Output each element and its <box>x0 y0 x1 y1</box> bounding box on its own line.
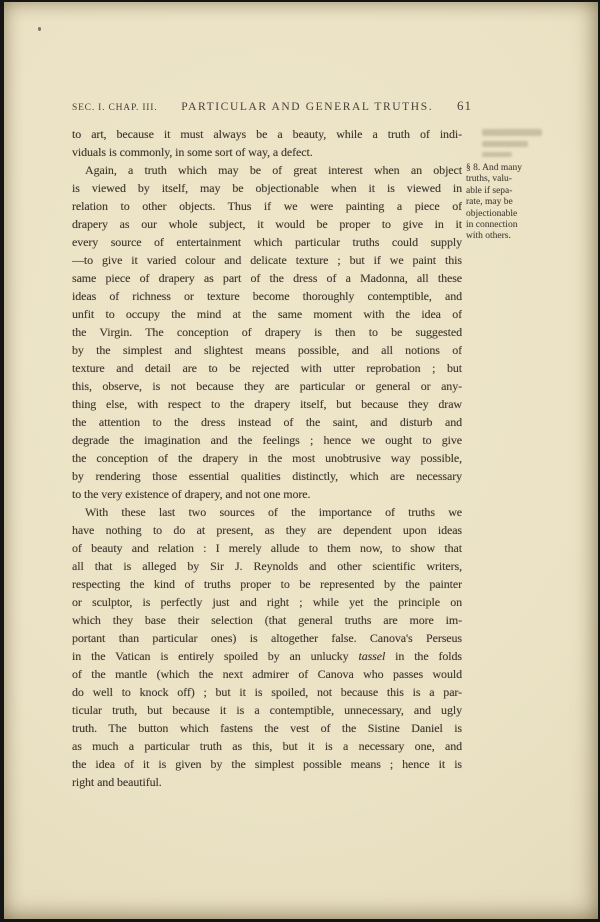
text-line: the idea of it is given by the simplest … <box>72 755 462 773</box>
text-line: texture and detail are to be rejected wi… <box>72 359 462 377</box>
text-line: degrade the imagination and the feelings… <box>72 431 462 449</box>
text-line: as much a particular truth as this, but … <box>72 737 462 755</box>
text-line: by rendering those essential qualities d… <box>72 467 462 485</box>
text-line: the attention to the dress instead of th… <box>72 413 462 431</box>
header-page-number: 61 <box>457 98 472 114</box>
text-line: thing else, with respect to the drapery … <box>72 395 462 413</box>
text-line: the conception of the drapery in the mos… <box>72 449 462 467</box>
text-line: ticular truth, but because it is a conte… <box>72 701 462 719</box>
bleed-through-line <box>482 141 528 147</box>
text-line: same piece of drapery as part of the dre… <box>72 269 462 287</box>
text-line-with-italic: in the Vatican is entirely spoiled by an… <box>72 647 462 665</box>
header-chapter-title: PARTICULAR AND GENERAL TRUTHS. <box>181 101 433 113</box>
running-header: SEC. I. CHAP. III. PARTICULAR AND GENERA… <box>72 98 472 114</box>
bleed-through-line <box>482 129 542 136</box>
text-line: do well to knock off) ; but it is spoile… <box>72 683 462 701</box>
text-span: in the Vatican is entirely spoiled by an… <box>72 649 358 663</box>
text-line: drapery as our whole subject, it would b… <box>72 215 462 233</box>
text-line: of beauty and relation : I merely allude… <box>72 539 462 557</box>
book-page: SEC. I. CHAP. III. PARTICULAR AND GENERA… <box>4 2 598 919</box>
body-text: to art, because it must always be a beau… <box>72 125 462 791</box>
margin-note: § 8. And many truths, valu- able if sepa… <box>466 163 546 243</box>
text-line: portant than particular ones) is altoget… <box>72 629 462 647</box>
text-line: unfit to occupy the mind at the same mom… <box>72 305 462 323</box>
text-line: or sculptor, is perfectly just and right… <box>72 593 462 611</box>
text-line: truth. The button which fastens the vest… <box>72 719 462 737</box>
text-line: which they base their selection (that ge… <box>72 611 462 629</box>
text-line: viduals is commonly, in some sort of way… <box>72 143 462 161</box>
text-line: by the simplest and slightest means poss… <box>72 341 462 359</box>
text-line: is viewed by itself, may be objectionabl… <box>72 179 462 197</box>
text-line: Again, a truth which may be of great int… <box>72 161 462 179</box>
text-span: in the folds <box>385 649 462 663</box>
text-line: this, observe, is not because they are p… <box>72 377 462 395</box>
text-line: all that is alleged by Sir J. Reynolds a… <box>72 557 462 575</box>
margin-note-line: § 8. And many <box>466 163 546 174</box>
paragraph-drapery: Again, a truth which may be of great int… <box>72 161 462 503</box>
text-line: ideas of richness or texture become thor… <box>72 287 462 305</box>
text-line: With these last two sources of the impor… <box>72 503 462 521</box>
text-line: —to give it varied colour and delicate t… <box>72 251 462 269</box>
text-line: to the very existence of drapery, and no… <box>72 485 462 503</box>
margin-note-line: with others. <box>466 231 546 242</box>
margin-note-line: in connection <box>466 220 546 231</box>
bleed-through-text <box>482 129 542 162</box>
italic-word-tassel: tassel <box>358 649 385 663</box>
text-line: respecting the kind of truths proper to … <box>72 575 462 593</box>
text-line: to art, because it must always be a beau… <box>72 125 462 143</box>
header-section-label: SEC. I. CHAP. III. <box>72 103 157 113</box>
margin-note-line: truths, valu- <box>466 174 546 185</box>
ink-speck <box>38 27 41 31</box>
bleed-through-line <box>482 152 512 157</box>
paragraph-reynolds: With these last two sources of the impor… <box>72 503 462 791</box>
margin-note-line: objectionable <box>466 209 546 220</box>
text-line: every source of entertainment which part… <box>72 233 462 251</box>
text-line: right and beautiful. <box>72 773 462 791</box>
text-line: the Virgin. The conception of drapery is… <box>72 323 462 341</box>
margin-note-line: able if sepa- <box>466 186 546 197</box>
text-line: relation to other objects. Thus if we we… <box>72 197 462 215</box>
text-line: have nothing to do at present, as they a… <box>72 521 462 539</box>
paragraph-continuation: to art, because it must always be a beau… <box>72 125 462 161</box>
margin-note-line: rate, may be <box>466 197 546 208</box>
text-line: of the mantle (which the next admirer of… <box>72 665 462 683</box>
scan-frame: SEC. I. CHAP. III. PARTICULAR AND GENERA… <box>0 0 600 922</box>
